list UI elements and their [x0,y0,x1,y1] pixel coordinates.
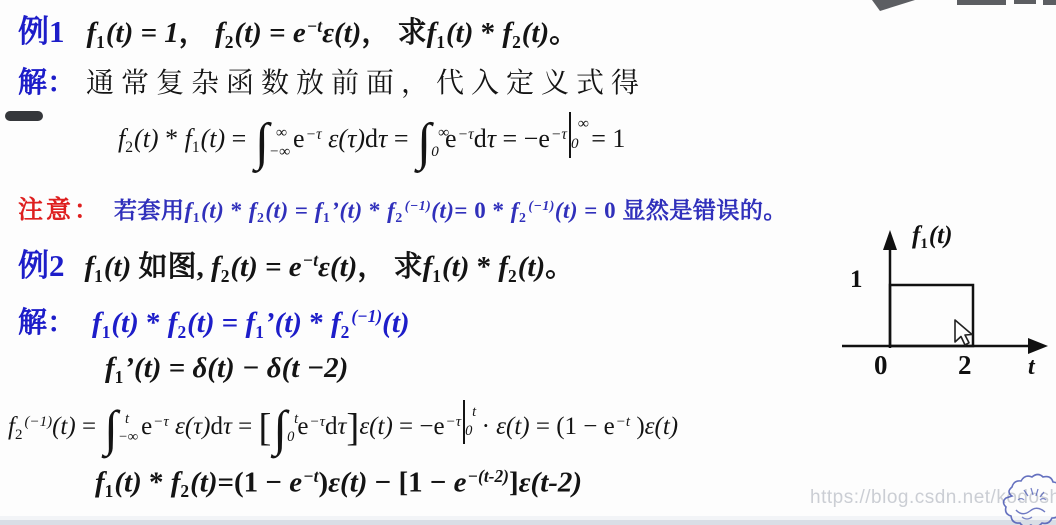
convolution-integral-formula: f2(t) * f1(t) = ∫∞−∞e−τ ε(τ)dτ = ∫∞0e−τd… [118,112,625,165]
example2-formula: f1(t) 如图, f2(t) = e−tε(t)， 求f1(t) * f2(t… [85,251,575,283]
lecture-slide: 例1f1(t) = 1， f2(t) = e−tε(t)， 求f1(t) * f… [0,0,1056,525]
convolution-result-formula: f1(t) * f2(t)=(1 − e−t)ε(t) − [1 − e−(t-… [95,466,582,502]
note-label: 注意： [18,190,102,226]
x-axis-arrowhead [1028,338,1048,354]
example1-line: 例1f1(t) = 1， f2(t) = e−tε(t)， 求f1(t) * f… [18,6,578,53]
y-tick-1: 1 [850,266,863,294]
note-formula: 若套用f1(t) * f2(t) = f1’(t) * f2(−1)(t)= 0… [114,198,787,223]
mouse-cursor-icon [952,318,976,348]
solution2-label: 解： [18,300,76,341]
graph-title: f1(t) [912,222,952,253]
example2-label: 例2 [18,240,65,285]
csdn-stamp-icon [998,470,1056,525]
note-line: 注意：若套用f1(t) * f2(t) = f1’(t) * f2(−1)(t)… [18,190,787,226]
solution2-formula: f1(t) * f2(t) = f1’(t) * f2(−1)(t) [92,307,410,339]
solution1-label: 解： [18,60,76,101]
top-edge-artifact [855,0,1056,14]
f2-integral-formula: f2(−1)(t) = ∫t−∞e−τ ε(τ)dτ = [∫t0e−τdτ]ε… [8,400,678,450]
bottom-edge-strip-dark [0,520,1056,525]
solution2-line: 解：f1(t) * f2(t) = f1’(t) * f2(−1)(t) [18,300,410,343]
x-tick-2: 2 [958,350,972,381]
left-edge-artifact [5,111,43,121]
solution1-text: 通常复杂函数放前面，代入定义式得 [86,68,646,99]
x-axis-label: t [1028,354,1035,381]
example1-label: 例1 [18,6,65,51]
example2-line: 例2f1(t) 如图, f2(t) = e−tε(t)， 求f1(t) * f2… [18,240,574,287]
y-axis-arrowhead [883,230,897,250]
axes-and-pulse [840,228,1056,404]
f1-pulse-graph: f1(t) 1 0 2 t [840,228,1056,404]
x-tick-0: 0 [874,350,888,381]
f1-derivative-formula: f1’(t) = δ(t) − δ(t −2) [105,352,348,388]
example1-formula: f1(t) = 1， f2(t) = e−tε(t)， 求f1(t) * f2(… [87,17,579,49]
solution1-line: 解：通常复杂函数放前面，代入定义式得 [18,60,646,101]
